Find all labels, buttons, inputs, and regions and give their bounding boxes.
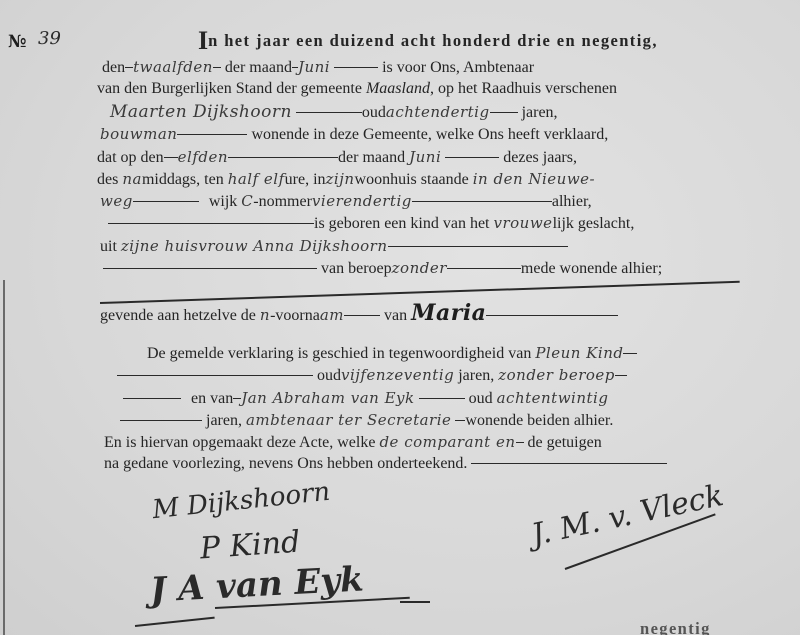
rule-fragment xyxy=(400,601,430,603)
text: van xyxy=(384,307,407,324)
text: oud xyxy=(469,390,493,407)
line-7: des namiddags, ten half elfure, inzijnwo… xyxy=(97,170,595,189)
text: nommer xyxy=(259,193,312,210)
line-11: van beroepzondermede wonende alhier; xyxy=(103,259,662,278)
text: na gedane voorlezing, nevens Ons hebben … xyxy=(104,455,467,472)
text: alhier, xyxy=(552,193,592,210)
handwritten-house-number: vierendertig xyxy=(312,192,412,210)
text: wonende in deze Gemeente, welke Ons heef… xyxy=(251,126,608,143)
handwritten-witness-1: Pleun Kind xyxy=(535,344,623,362)
handwritten-zijn: zijn xyxy=(326,170,355,188)
signature-underline xyxy=(135,617,215,627)
line-15: en vanJan Abraham van Eyk oud achtentwin… xyxy=(123,389,608,408)
text: jaren, xyxy=(458,367,494,384)
handwritten-mother-occupation: zonder xyxy=(392,259,447,277)
line-3: van den Burgerlijken Stand der gemeente … xyxy=(97,80,617,98)
handwritten-article-suffix: n xyxy=(260,306,270,324)
handwritten-na: na xyxy=(122,170,142,188)
signature-witness-1: P Kind xyxy=(199,525,301,567)
handwritten-signatories: de comparant en xyxy=(379,433,515,451)
line-13: De gemelde verklaring is geschied in teg… xyxy=(147,344,637,363)
text: en van xyxy=(191,390,233,407)
line-10: uit zijne huisvrouw Anna Dijkshoorn xyxy=(100,237,568,256)
handwritten-mother: zijne huisvrouw Anna Dijkshoorn xyxy=(121,237,388,255)
text: oud xyxy=(362,104,386,121)
signature-witness-2: J A van Eyk xyxy=(149,559,365,610)
handwritten-location: in den Nieuwe- xyxy=(473,170,595,188)
line-4: Maarten Dijkshoorn oudachtendertig jaren… xyxy=(110,103,558,122)
text: van den Burgerlijken Stand der gemeente xyxy=(97,80,362,97)
text: gevende aan hetzelve de xyxy=(100,307,256,324)
handwritten-occupation: bouwman xyxy=(100,125,177,143)
left-margin-rule xyxy=(3,280,5,635)
handwritten-time: half elf xyxy=(228,170,285,188)
handwritten-declarant-name: Maarten Dijkshoorn xyxy=(110,102,292,122)
municipality: Maasland xyxy=(366,80,430,97)
record-number-label: № xyxy=(8,32,26,52)
handwritten-am: am xyxy=(320,306,344,324)
handwritten-witness-1-occupation: zonder beroep xyxy=(498,366,615,384)
text: jaren, xyxy=(206,412,242,429)
text: dat op den xyxy=(97,149,164,166)
handwritten-witness-2-age: achtentwintig xyxy=(497,389,609,407)
text: der maand xyxy=(225,59,292,76)
line-14: oudvijfenzeventig jaren, zonder beroep xyxy=(117,366,627,385)
text: woonhuis staande xyxy=(355,171,469,188)
text: is voor Ons, Ambtenaar xyxy=(382,59,534,76)
line-6: dat op denelfdender maand Juni dezes jaa… xyxy=(97,148,577,167)
text: En is hiervan opgemaakt deze Acte, welke xyxy=(104,434,375,451)
text: lijk geslacht, xyxy=(553,215,635,232)
handwritten-month: Juni xyxy=(298,58,330,76)
text: dezes jaars, xyxy=(503,149,577,166)
text: ure, in xyxy=(285,171,326,188)
text: uit xyxy=(100,238,117,255)
handwritten-sex: vrouwe xyxy=(494,214,553,232)
handwritten-street: weg xyxy=(100,192,133,210)
initial-capital: I xyxy=(198,26,208,55)
line-5: bouwman wonende in deze Gemeente, welke … xyxy=(100,125,608,144)
text: de getuigen xyxy=(528,434,602,451)
next-record-partial: negentig xyxy=(640,620,711,635)
handwritten-month: Juni xyxy=(409,148,441,166)
text: van beroep xyxy=(321,260,392,277)
line-16: jaren, ambtenaar ter Secretarie wonende … xyxy=(120,411,613,430)
handwritten-witness-2-occupation: ambtenaar ter Secretarie xyxy=(246,411,451,429)
text: voorna xyxy=(275,307,319,324)
signature-declarant: M Dijkshoorn xyxy=(151,477,332,525)
text: der maand xyxy=(338,149,405,166)
text: oud xyxy=(317,367,341,384)
text: middags, ten xyxy=(142,171,224,188)
line-9: is geboren een kind van het vrouwelijk g… xyxy=(108,214,634,233)
text: des xyxy=(97,171,118,188)
handwritten-day: twaalfden xyxy=(133,58,213,76)
signature-official: J. M. v. Vleck xyxy=(528,478,726,553)
text: is geboren een kind van het xyxy=(314,215,490,232)
text: De gemelde verklaring is geschied in teg… xyxy=(147,345,531,362)
civil-record-page: № 39 In het jaar een duizend acht honder… xyxy=(0,0,800,635)
handwritten-day: elfden xyxy=(178,148,228,166)
line-1: In het jaar een duizend acht honderd dri… xyxy=(198,32,658,50)
text: n het jaar een duizend acht honderd drie… xyxy=(208,31,658,50)
record-number: 39 xyxy=(38,28,61,49)
handwritten-child-name: Maria xyxy=(411,300,486,326)
handwritten-witness-2: Jan Abraham van Eyk xyxy=(241,389,414,407)
text: mede wonende alhier; xyxy=(521,260,662,277)
text: jaren, xyxy=(522,104,558,121)
text: , op het Raadhuis verschenen xyxy=(430,80,617,97)
text: wonende beiden alhier. xyxy=(465,412,613,429)
handwritten-witness-1-age: vijfenzeventig xyxy=(341,366,454,384)
text: den xyxy=(102,59,125,76)
line-8: weg wijk C-nommervierendertigalhier, xyxy=(100,192,592,211)
line-2: dentwaalfden der maandJuni is voor Ons, … xyxy=(102,58,534,77)
handwritten-age: achtendertig xyxy=(386,103,490,121)
line-17: En is hiervan opgemaakt deze Acte, welke… xyxy=(104,433,602,452)
line-12: gevende aan hetzelve de n-voornaam van M… xyxy=(100,304,618,325)
handwritten-district: C xyxy=(241,192,253,210)
line-18: na gedane voorlezing, nevens Ons hebben … xyxy=(104,455,667,473)
text: wijk xyxy=(209,193,237,210)
